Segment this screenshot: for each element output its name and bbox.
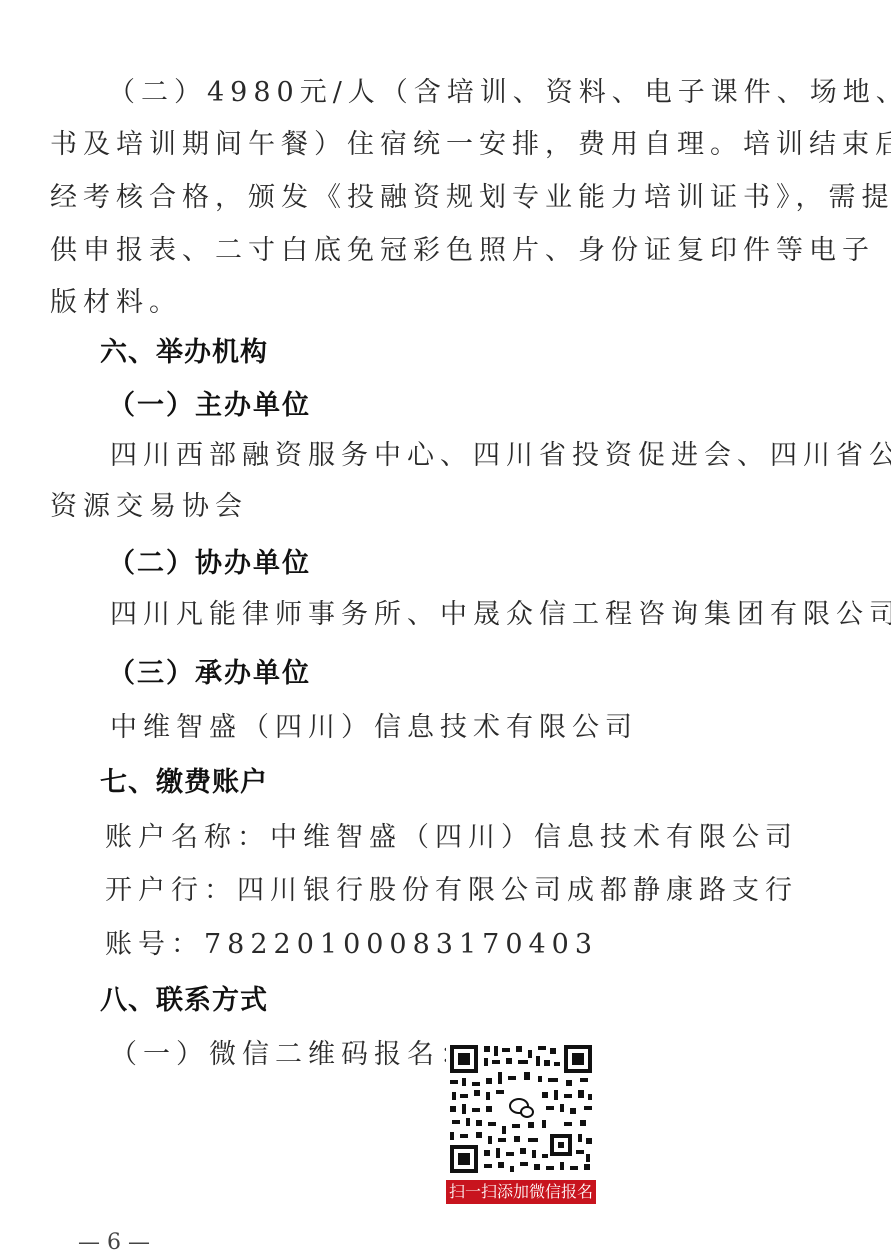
wechat-label: （一）微信二维码报名：	[110, 1032, 473, 1071]
sponsor-line-1: 四川西部融资服务中心、四川省投资促进会、四川省公共	[110, 433, 891, 472]
fee-line-4: 供申报表、二寸白底免冠彩色照片、身份证复印件等电子	[50, 228, 875, 267]
account-number: 账号：78220100083170403	[105, 922, 598, 961]
co-organizer-heading: （二）协办单位	[108, 541, 311, 580]
account-name: 账户名称：中维智盛（四川）信息技术有限公司	[105, 815, 798, 854]
fee-line-2: 书及培训期间午餐）住宿统一安排，费用自理。培训结束后，	[50, 122, 891, 161]
sponsor-heading: （一）主办单位	[108, 383, 311, 422]
section8-title: 八、联系方式	[100, 978, 268, 1017]
page-number: — 6 —	[78, 1230, 150, 1255]
fee-line-3: 经考核合格，颁发《投融资规划专业能力培训证书》，需提	[50, 175, 891, 214]
sponsor-line-2: 资源交易协会	[50, 484, 248, 523]
qr-code-icon	[446, 1042, 596, 1177]
section6-title: 六、举办机构	[100, 330, 268, 369]
fee-line-1: （二）4980元/人（含培训、资料、电子课件、场地、证	[108, 70, 891, 109]
fee-line-5: 版材料。	[50, 280, 182, 319]
co-organizer-text: 四川凡能律师事务所、中晟众信工程咨询集团有限公司	[110, 592, 891, 631]
section7-title: 七、缴费账户	[100, 760, 268, 799]
qr-caption: 扫一扫添加微信报名	[446, 1180, 596, 1204]
bank-name: 开户行：四川银行股份有限公司成都静康路支行	[105, 868, 798, 907]
organizer-text: 中维智盛（四川）信息技术有限公司	[110, 705, 638, 744]
wechat-qr-code[interactable]	[446, 1042, 596, 1177]
organizer-heading: （三）承办单位	[108, 651, 311, 690]
